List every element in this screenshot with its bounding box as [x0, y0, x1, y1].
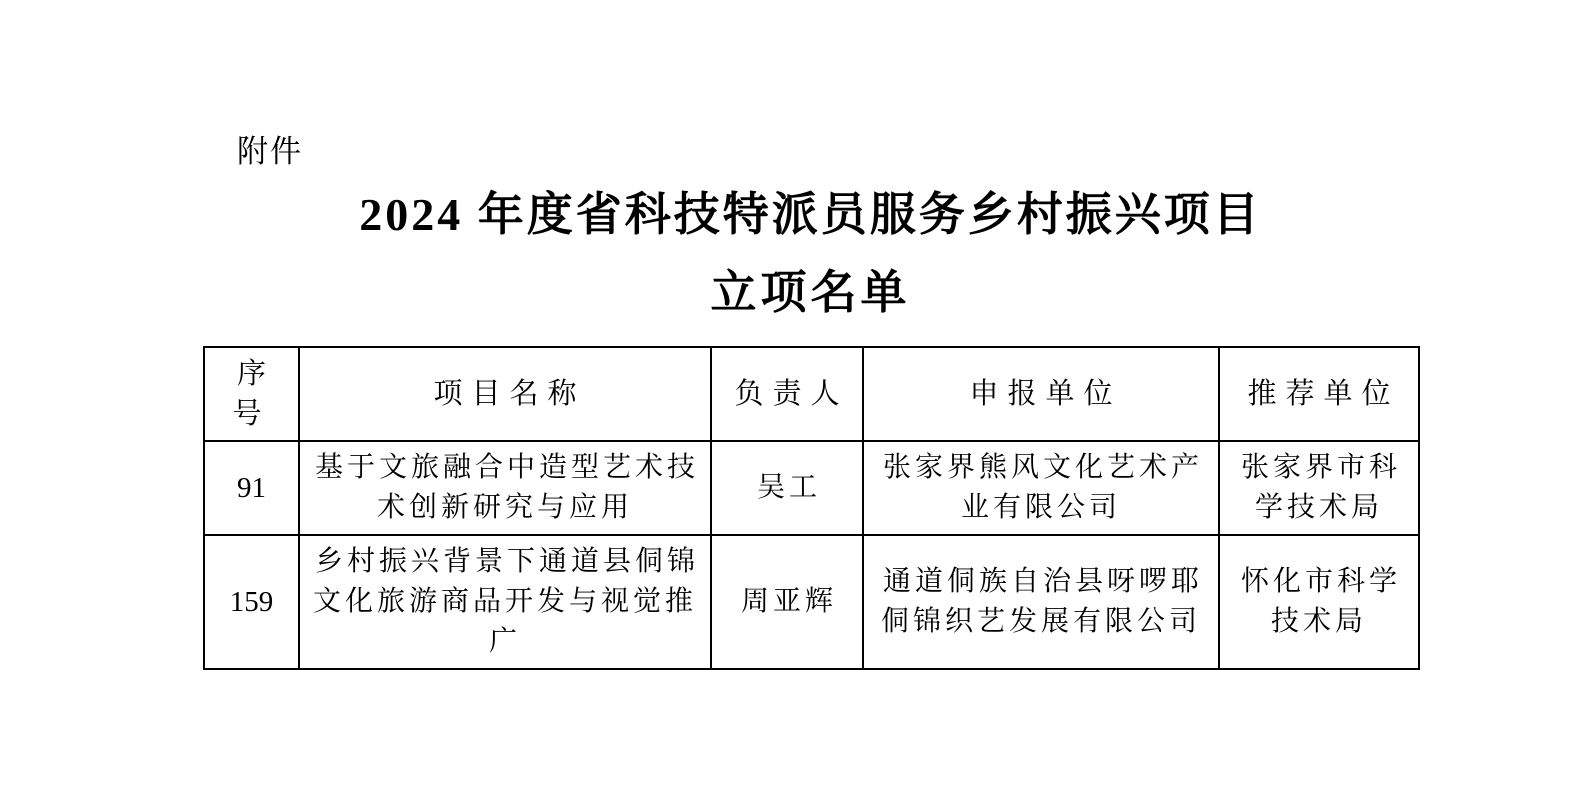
attachment-label: 附件: [237, 126, 303, 171]
header-applicant-unit: 申报单位: [863, 347, 1219, 441]
cell-serial-number: 91: [204, 441, 299, 535]
header-leader: 负责人: [711, 347, 863, 441]
cell-leader: 周亚辉: [711, 535, 863, 669]
header-serial-number: 序号: [204, 347, 299, 441]
title-line-2: 立项名单: [203, 270, 1418, 316]
title-line-1: 2024 年度省科技特派员服务乡村振兴项目: [203, 192, 1418, 238]
cell-applicant-unit: 张家界熊风文化艺术产业有限公司: [863, 441, 1219, 535]
cell-leader: 吴工: [711, 441, 863, 535]
table-row: 159 乡村振兴背景下通道县侗锦文化旅游商品开发与视觉推广 周亚辉 通道侗族自治…: [204, 535, 1419, 669]
projects-table: 序号 项目名称 负责人 申报单位 推荐单位 91 基于文旅融合中造型艺术技术创新…: [203, 346, 1420, 670]
cell-project-name: 基于文旅融合中造型艺术技术创新研究与应用: [299, 441, 711, 535]
cell-project-name: 乡村振兴背景下通道县侗锦文化旅游商品开发与视觉推广: [299, 535, 711, 669]
table-row: 91 基于文旅融合中造型艺术技术创新研究与应用 吴工 张家界熊风文化艺术产业有限…: [204, 441, 1419, 535]
table-header-row: 序号 项目名称 负责人 申报单位 推荐单位: [204, 347, 1419, 441]
cell-serial-number: 159: [204, 535, 299, 669]
cell-recommender-unit: 怀化市科学技术局: [1219, 535, 1419, 669]
document-page: 附件 2024 年度省科技特派员服务乡村振兴项目 立项名单 序号 项目名称 负责…: [0, 0, 1587, 787]
cell-recommender-unit: 张家界市科学技术局: [1219, 441, 1419, 535]
header-recommender-unit: 推荐单位: [1219, 347, 1419, 441]
header-project-name: 项目名称: [299, 347, 711, 441]
cell-applicant-unit: 通道侗族自治县呀啰耶侗锦织艺发展有限公司: [863, 535, 1219, 669]
document-title: 2024 年度省科技特派员服务乡村振兴项目 立项名单: [203, 192, 1418, 316]
